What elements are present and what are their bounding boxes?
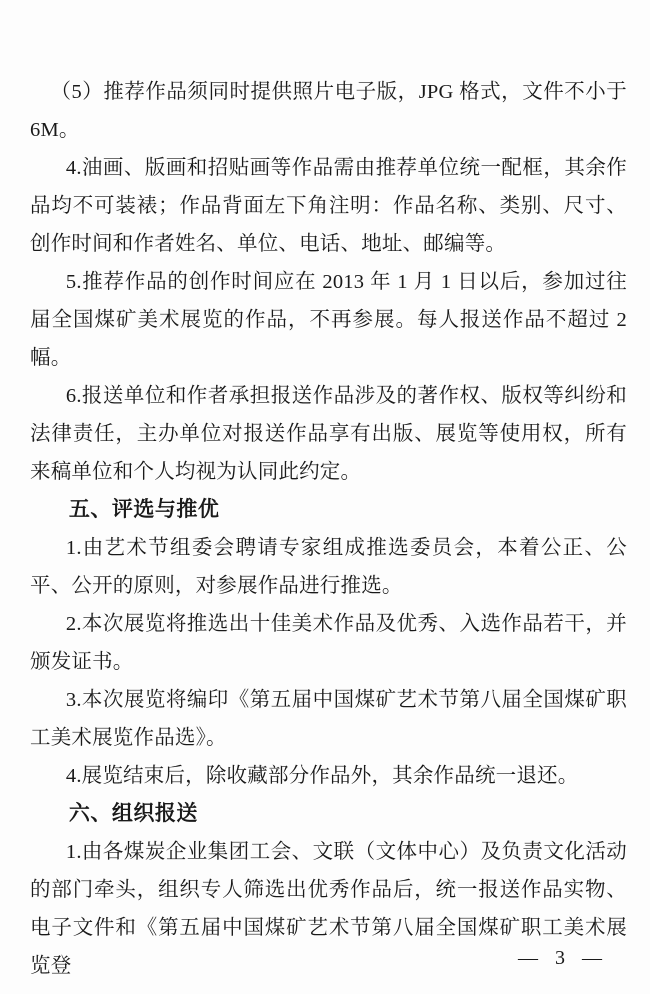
paragraph-selection-4: 4.展览结束后，除收藏部分作品外，其余作品统一退还。	[30, 757, 627, 795]
section-heading-6-submission: 六、组织报送	[30, 795, 627, 833]
paragraph-selection-3: 3.本次展览将编印《第五届中国煤矿艺术节第八届全国煤矿职工美术展览作品选》。	[30, 681, 627, 757]
paragraph-selection-1: 1.由艺术节组委会聘请专家组成推选委员会，本着公正、公平、公开的原则，对参展作品…	[30, 529, 627, 605]
paragraph-item-5: 5.推荐作品的创作时间应在 2013 年 1 月 1 日以后，参加过往届全国煤矿…	[30, 263, 627, 377]
section-heading-5-selection: 五、评选与推优	[30, 491, 627, 529]
paragraph-selection-2: 2.本次展览将推选出十佳美术作品及优秀、入选作品若干，并颁发证书。	[30, 605, 627, 681]
document-body: （5）推荐作品须同时提供照片电子版，JPG 格式，文件不小于6M。 4.油画、版…	[30, 73, 627, 985]
paragraph-item-4: 4.油画、版画和招贴画等作品需由推荐单位统一配框，其余作品均不可装裱；作品背面左…	[30, 149, 627, 263]
document-page: （5）推荐作品须同时提供照片电子版，JPG 格式，文件不小于6M。 4.油画、版…	[0, 0, 650, 994]
paragraph-item-6: 6.报送单位和作者承担报送作品涉及的著作权、版权等纠纷和法律责任，主办单位对报送…	[30, 377, 627, 491]
paragraph-item-5-paren: （5）推荐作品须同时提供照片电子版，JPG 格式，文件不小于6M。	[30, 73, 627, 149]
page-number: — 3 —	[518, 947, 608, 970]
